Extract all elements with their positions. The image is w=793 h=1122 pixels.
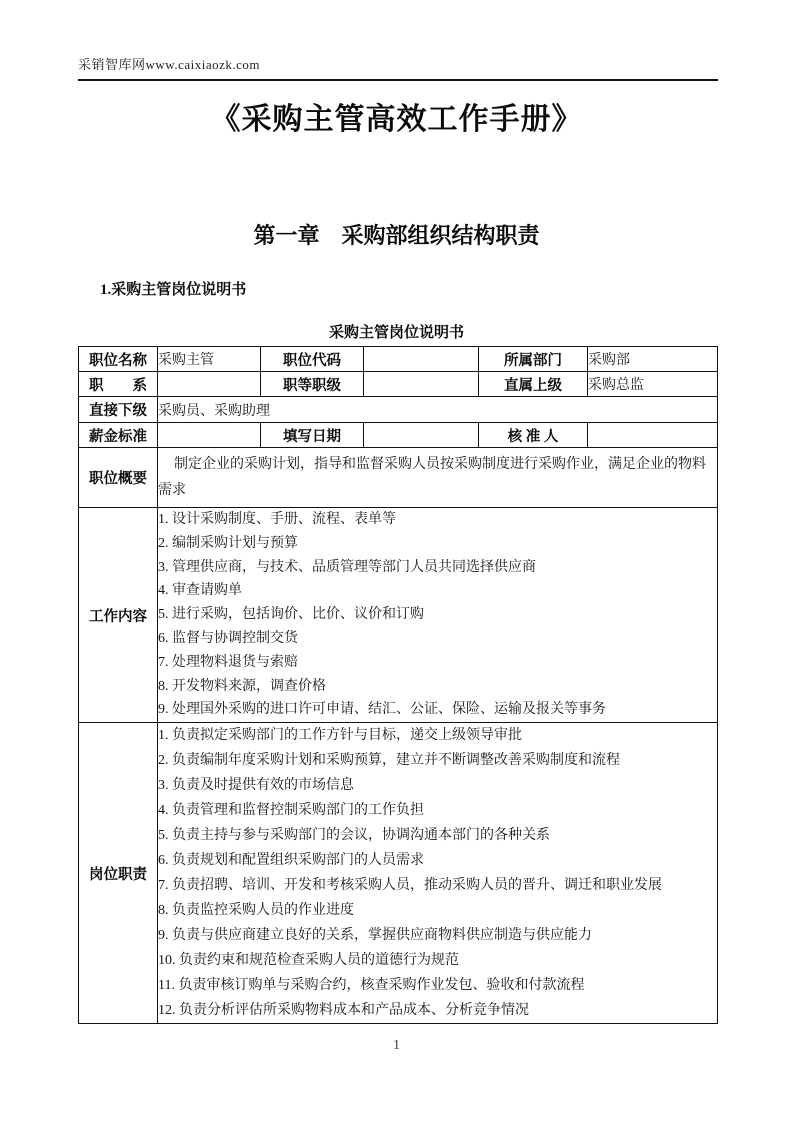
value-direct-subordinates: 采购员、采购助理	[158, 397, 718, 423]
work-item: 8. 开发物料来源，调查价格	[158, 675, 717, 699]
value-department: 采购部	[588, 347, 718, 372]
table-row: 薪金标准 填写日期 核 准 人	[79, 423, 718, 448]
table-row: 直接下级 采购员、采购助理	[79, 397, 718, 423]
work-item: 5. 进行采购，包括询价、比价、议价和订购	[158, 603, 717, 627]
label-job-family: 职 系	[79, 372, 158, 397]
site-name: 采销智库网www.caixiaozk.com	[78, 57, 260, 72]
label-fill-date: 填写日期	[261, 423, 364, 448]
table-row: 职位概要 制定企业的采购计划，指导和监督采购人员按采购制度进行采购作业，满足企业…	[79, 448, 718, 508]
table-row: 职位名称 采购主管 职位代码 所属部门 采购部	[79, 347, 718, 372]
work-content-list: 1. 设计采购制度、手册、流程、表单等 2. 编制采购计划与预算 3. 管理供应…	[158, 508, 718, 723]
value-fill-date	[364, 423, 479, 448]
table-caption: 采购主管岗位说明书	[0, 321, 793, 342]
table-row: 岗位职责 1. 负责拟定采购部门的工作方针与目标，递交上级领导审批 2. 负责编…	[79, 723, 718, 1024]
label-position-summary: 职位概要	[79, 448, 158, 508]
section-heading: 1.采购主管岗位说明书	[100, 278, 246, 299]
duty-item: 4. 负责管理和监督控制采购部门的工作负担	[158, 798, 717, 823]
label-direct-superior: 直属上级	[479, 372, 588, 397]
duty-item: 1. 负责拟定采购部门的工作方针与目标，递交上级领导审批	[158, 723, 717, 748]
value-position-name: 采购主管	[158, 347, 261, 372]
job-description-table: 职位名称 采购主管 职位代码 所属部门 采购部 职 系 职等职级 直属上级 采购…	[78, 346, 718, 1024]
work-item: 9. 处理国外采购的进口许可申请、结汇、公证、保险、运输及报关等事务	[158, 698, 717, 722]
work-item: 6. 监督与协调控制交货	[158, 627, 717, 651]
position-summary-text: 制定企业的采购计划，指导和监督采购人员按采购制度进行采购作业，满足企业的物料需求	[158, 452, 717, 504]
duty-item: 7. 负责招聘、培训、开发和考核采购人员，推动采购人员的晋升、调迁和职业发展	[158, 873, 717, 898]
work-item: 3. 管理供应商，与技术、品质管理等部门人员共同选择供应商	[158, 556, 717, 580]
duty-item: 6. 负责规划和配置组织采购部门的人员需求	[158, 848, 717, 873]
value-position-summary: 制定企业的采购计划，指导和监督采购人员按采购制度进行采购作业，满足企业的物料需求	[158, 448, 718, 508]
duty-item: 3. 负责及时提供有效的市场信息	[158, 773, 717, 798]
work-item: 2. 编制采购计划与预算	[158, 532, 717, 556]
label-position-code: 职位代码	[261, 347, 364, 372]
label-department: 所属部门	[479, 347, 588, 372]
value-approver	[588, 423, 718, 448]
doc-title: 《采购主管高效工作手册》	[0, 94, 793, 138]
duty-item: 5. 负责主持与参与采购部门的会议，协调沟通本部门的各种关系	[158, 823, 717, 848]
value-salary-standard	[158, 423, 261, 448]
duty-item: 2. 负责编制年度采购计划和采购预算，建立并不断调整改善采购制度和流程	[158, 748, 717, 773]
document-page: 采销智库网www.caixiaozk.com 《采购主管高效工作手册》 第一章 …	[0, 0, 793, 1122]
label-salary-standard: 薪金标准	[79, 423, 158, 448]
duty-item: 10. 负责约束和规范检查采购人员的道德行为规范	[158, 948, 717, 973]
label-position-name: 职位名称	[79, 347, 158, 372]
label-job-grade: 职等职级	[261, 372, 364, 397]
label-job-duties: 岗位职责	[79, 723, 158, 1024]
label-work-content: 工作内容	[79, 508, 158, 723]
page-header: 采销智库网www.caixiaozk.com	[78, 54, 718, 81]
work-item: 1. 设计采购制度、手册、流程、表单等	[158, 508, 717, 532]
work-item: 4. 审查请购单	[158, 579, 717, 603]
value-job-grade	[364, 372, 479, 397]
work-item: 7. 处理物料退货与索赔	[158, 651, 717, 675]
duty-item: 8. 负责监控采购人员的作业进度	[158, 898, 717, 923]
job-duties-list: 1. 负责拟定采购部门的工作方针与目标，递交上级领导审批 2. 负责编制年度采购…	[158, 723, 718, 1024]
table-row: 工作内容 1. 设计采购制度、手册、流程、表单等 2. 编制采购计划与预算 3.…	[79, 508, 718, 723]
page-number: 1	[0, 1038, 793, 1054]
duty-item: 12. 负责分析评估所采购物料成本和产品成本、分析竞争情况	[158, 998, 717, 1023]
label-direct-subordinates: 直接下级	[79, 397, 158, 423]
duty-item: 11. 负责审核订购单与采购合约，核查采购作业发包、验收和付款流程	[158, 973, 717, 998]
value-position-code	[364, 347, 479, 372]
value-direct-superior: 采购总监	[588, 372, 718, 397]
value-job-family	[158, 372, 261, 397]
duty-item: 9. 负责与供应商建立良好的关系，掌握供应商物料供应制造与供应能力	[158, 923, 717, 948]
table-row: 职 系 职等职级 直属上级 采购总监	[79, 372, 718, 397]
chapter-heading: 第一章 采购部组织结构职责	[0, 219, 793, 250]
label-approver: 核 准 人	[479, 423, 588, 448]
